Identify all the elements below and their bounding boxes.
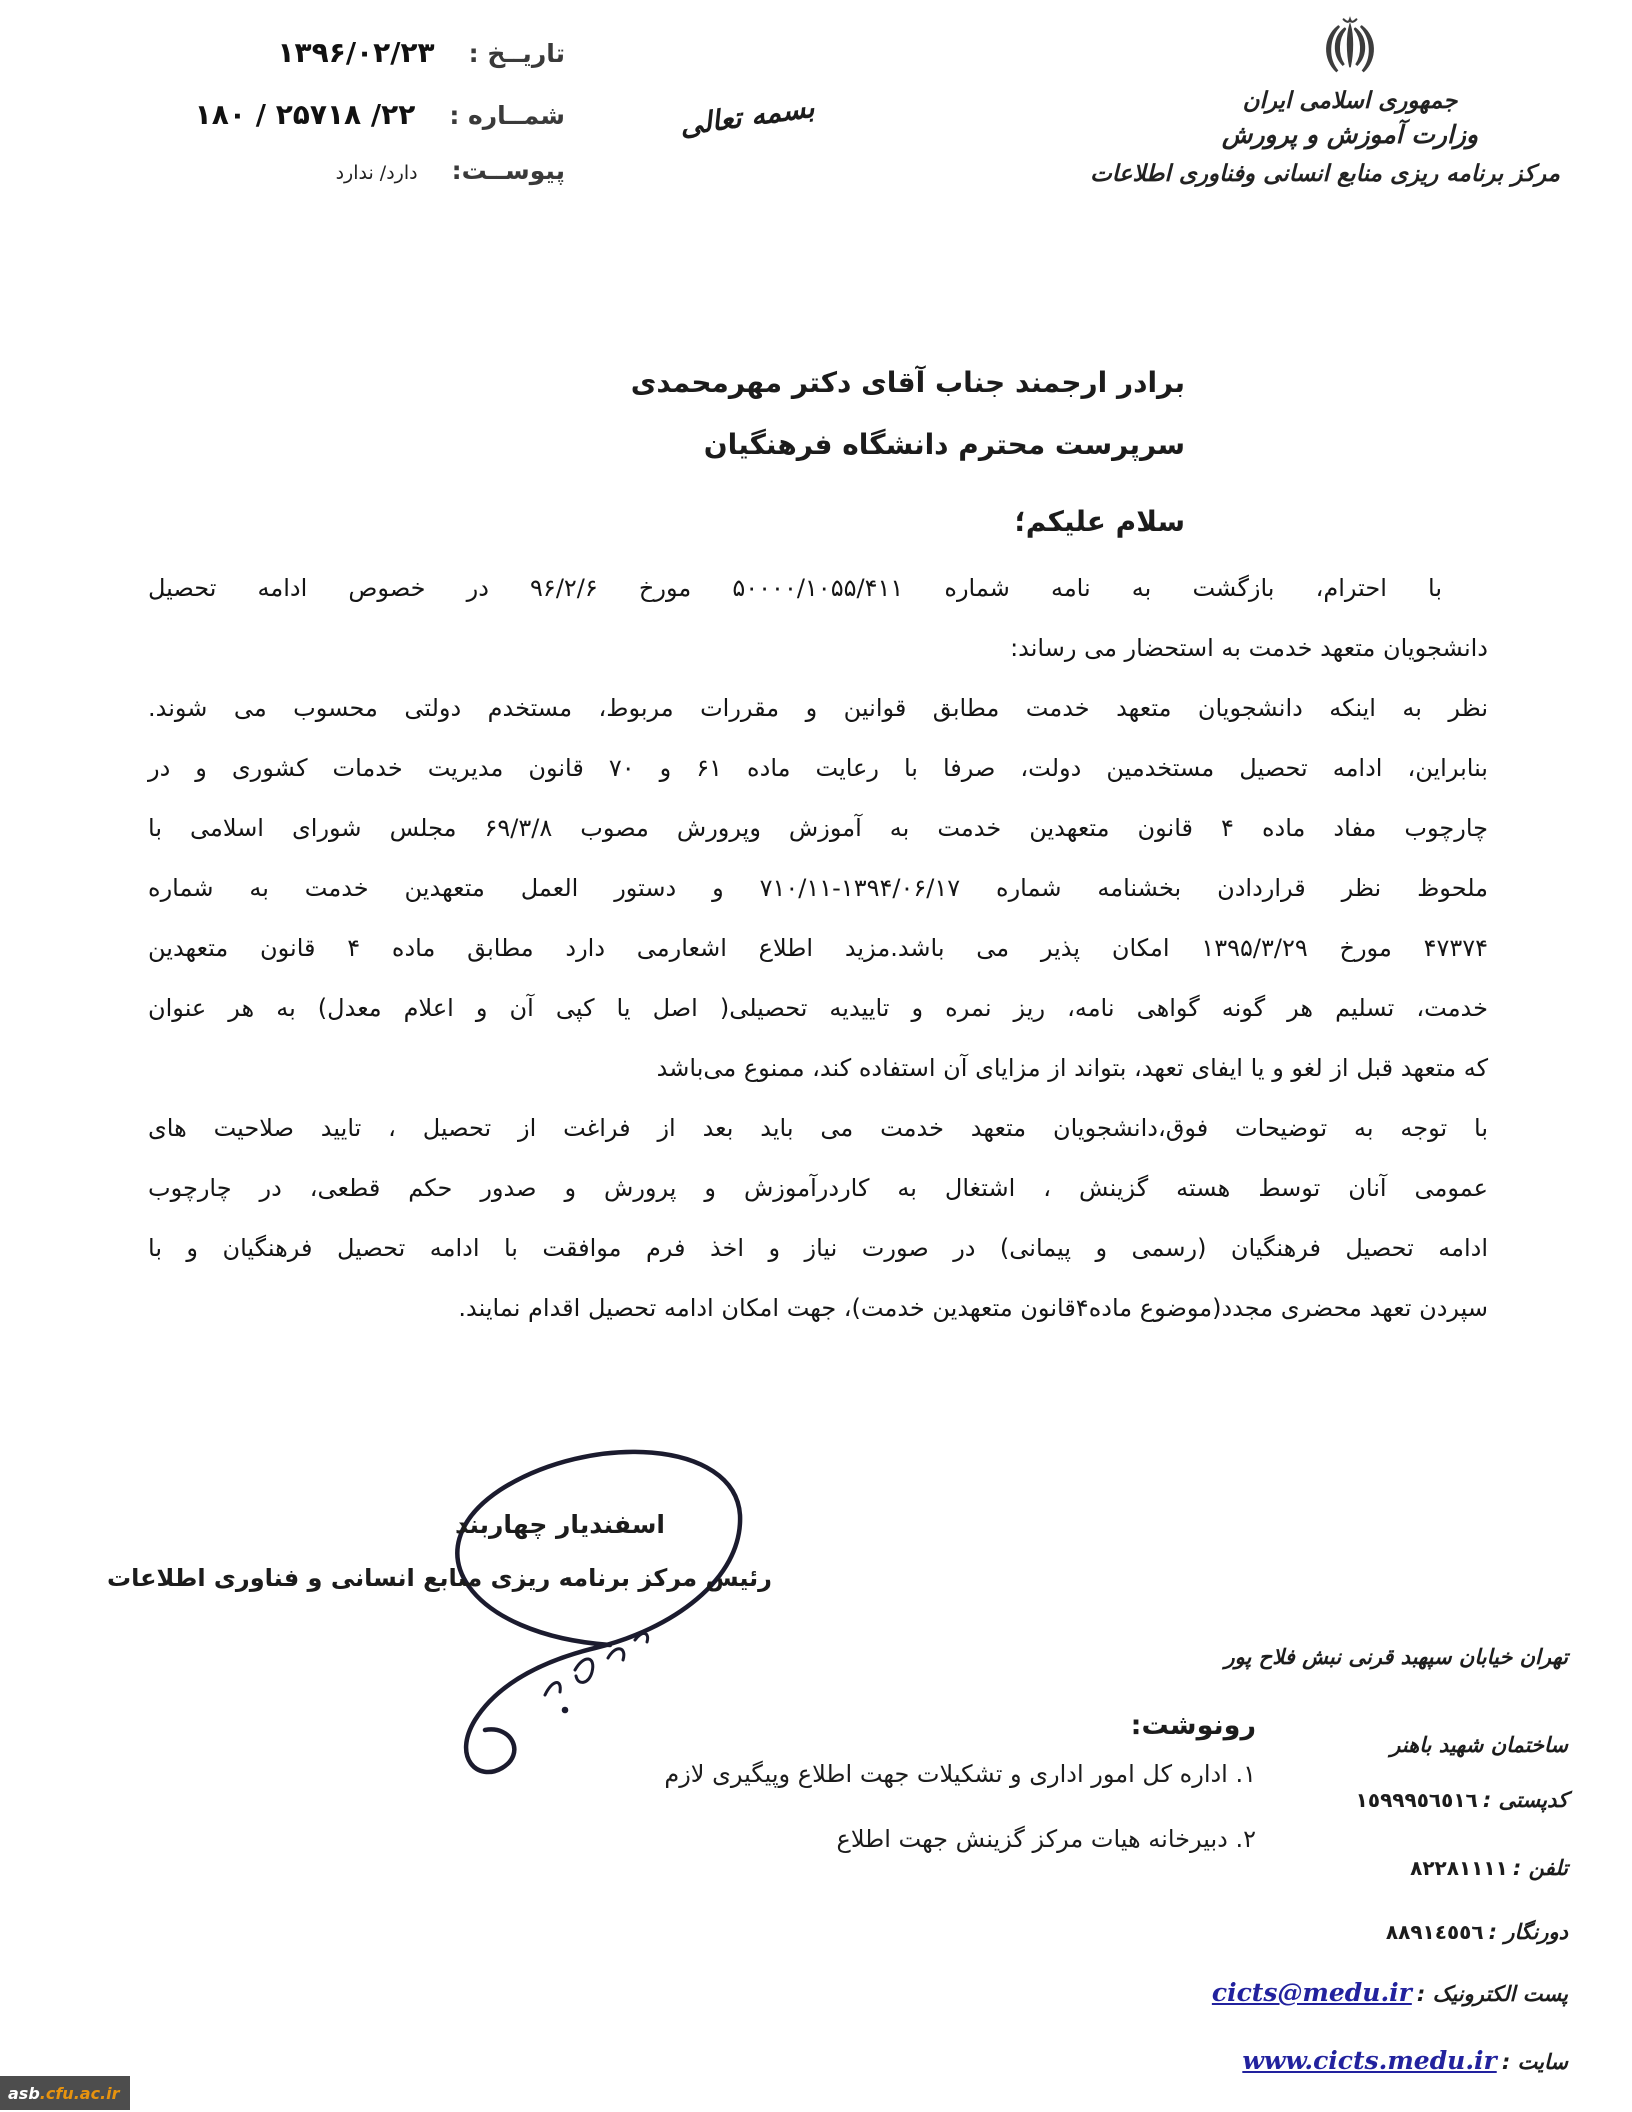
signer-name: اسفندیار چهاربند bbox=[430, 1510, 690, 1539]
date-value: ۱۳۹۶/۰۲/۲۳ bbox=[277, 36, 434, 69]
site-link[interactable]: www.cicts.medu.ir bbox=[1236, 2046, 1496, 2075]
addressee-title: سرپرست محترم دانشگاه فرهنگیان bbox=[631, 414, 1185, 476]
attachment-label: پیوســت: bbox=[452, 156, 565, 185]
letter-body: با احترام، بازگشت به نامه شماره ۵۰۰۰۰/۱۰… bbox=[148, 558, 1488, 1338]
body-line: ۴۷۳۷۴ مورخ ۱۳۹۵/۳/۲۹ امکان پذیر می باشد.… bbox=[148, 918, 1488, 978]
fax-label: دورنگار : bbox=[1489, 1920, 1568, 1944]
body-line: ادامه تحصیل فرهنگیان (رسمی و پیمانی) در … bbox=[148, 1218, 1488, 1278]
signer-title: رئیس مرکز برنامه ریزی منابع انسانی و فنا… bbox=[250, 1564, 772, 1592]
letter-page: تاریــخ : ۱۳۹۶/۰۲/۲۳ شمــاره : ۲۲/ ۲۵۷۱۸… bbox=[0, 0, 1632, 2112]
contact-fax-row: دورنگار : ٨٨٩١٤٥٥٦ bbox=[1382, 1920, 1568, 1944]
postal-value: ١٥٩٩٩٥٦٥١٦ bbox=[1352, 1788, 1478, 1812]
fax-value: ٨٨٩١٤٥٥٦ bbox=[1382, 1920, 1484, 1944]
body-line: با توجه به توضیحات فوق،دانشجویان متعهد خ… bbox=[148, 1098, 1488, 1158]
signature-scribble-icon bbox=[380, 1430, 1080, 1810]
body-line: خدمت، تسلیم هر گونه گواهی نامه، ریز نمره… bbox=[148, 978, 1488, 1038]
contact-phone-row: تلفن : ٨٢٢٨١١١١ bbox=[1406, 1856, 1568, 1880]
phone-value: ٨٢٢٨١١١١ bbox=[1406, 1856, 1508, 1880]
body-line: که متعهد قبل از لغو و یا ایفای تعهد، بتو… bbox=[148, 1038, 1488, 1098]
iran-national-emblem-icon bbox=[1318, 12, 1382, 82]
bismillah-calligraphy: بسمه تعالی bbox=[670, 90, 823, 144]
date-label: تاریــخ : bbox=[469, 39, 565, 68]
org-ministry-line: وزارت آموزش و پرورش bbox=[1140, 120, 1560, 149]
body-line: با احترام، بازگشت به نامه شماره ۵۰۰۰۰/۱۰… bbox=[148, 558, 1488, 618]
email-label: پست الکترونیک : bbox=[1417, 1982, 1568, 2006]
body-line: دانشجویان متعهد خدمت به استحضار می رساند… bbox=[148, 618, 1488, 678]
contact-address-line1: تهران خیابان سپهبد قرنی نبش فلاح پور bbox=[1225, 1645, 1568, 1669]
email-link[interactable]: cicts@medu.ir bbox=[1206, 1978, 1412, 2007]
addressee-name: برادر ارجمند جناب آقای دکتر مهرمحمدی bbox=[631, 352, 1185, 414]
number-label: شمــاره : bbox=[449, 101, 565, 130]
contact-address-line2: ساختمان شهید باهنر bbox=[1390, 1733, 1568, 1757]
org-center-line: مرکز برنامه ریزی منابع انسانی وفناوری اط… bbox=[1140, 161, 1560, 187]
phone-label: تلفن : bbox=[1513, 1856, 1568, 1880]
cc-item: ۱. اداره کل امور اداری و تشکیلات جهت اطل… bbox=[664, 1760, 1256, 1788]
body-line: چارچوب مفاد ماده ۴ قانون متعهدین خدمت به… bbox=[148, 798, 1488, 858]
meta-number-row: شمــاره : ۲۲/ ۲۵۷۱۸ / ۱۸۰ bbox=[110, 98, 565, 131]
site-watermark: asb.cfu.ac.ir bbox=[0, 2076, 130, 2110]
letterhead: جمهوری اسلامی ایران وزارت آموزش و پرورش … bbox=[1140, 12, 1560, 187]
body-line: نظر به اینکه دانشجویان متعهد خدمت مطابق … bbox=[148, 678, 1488, 738]
cc-item: ۲. دبیرخانه هیات مرکز گزینش جهت اطلاع bbox=[837, 1825, 1256, 1853]
watermark-prefix: asb bbox=[8, 2084, 40, 2103]
attachment-value: دارد/ ندارد bbox=[336, 162, 418, 184]
body-line: عمومی آنان توسط هسته گزینش ، اشتغال به ک… bbox=[148, 1158, 1488, 1218]
salutation: سلام علیکم؛ bbox=[1015, 505, 1186, 538]
site-label: سایت : bbox=[1502, 2050, 1568, 2074]
contact-email-row: پست الکترونیک : cicts@medu.ir bbox=[1206, 1978, 1568, 2007]
body-line: سپردن تعهد محضری مجدد(موضوع ماده۴قانون م… bbox=[148, 1278, 1488, 1338]
meta-date-row: تاریــخ : ۱۳۹۶/۰۲/۲۳ bbox=[110, 36, 565, 69]
body-line: ملحوظ نظر قراردادن بخشنامه شماره ۱۳۹۴/۰۶… bbox=[148, 858, 1488, 918]
cc-label: رونوشت: bbox=[1131, 1710, 1256, 1741]
postal-label: کدپستی : bbox=[1483, 1788, 1568, 1812]
watermark-suffix: .cfu.ac.ir bbox=[40, 2084, 120, 2103]
contact-postal-row: کدپستی : ١٥٩٩٩٥٦٥١٦ bbox=[1352, 1788, 1568, 1812]
contact-site-row: سایت : www.cicts.medu.ir bbox=[1236, 2046, 1568, 2075]
addressee-block: برادر ارجمند جناب آقای دکتر مهرمحمدی سرپ… bbox=[631, 352, 1185, 476]
body-line: بنابراین، ادامه تحصیل مستخدمین دولت، صرف… bbox=[148, 738, 1488, 798]
meta-attachment-row: پیوســت: دارد/ ندارد bbox=[110, 156, 565, 185]
org-country-line: جمهوری اسلامی ایران bbox=[1140, 88, 1560, 114]
number-value: ۲۲/ ۲۵۷۱۸ / ۱۸۰ bbox=[195, 98, 416, 131]
